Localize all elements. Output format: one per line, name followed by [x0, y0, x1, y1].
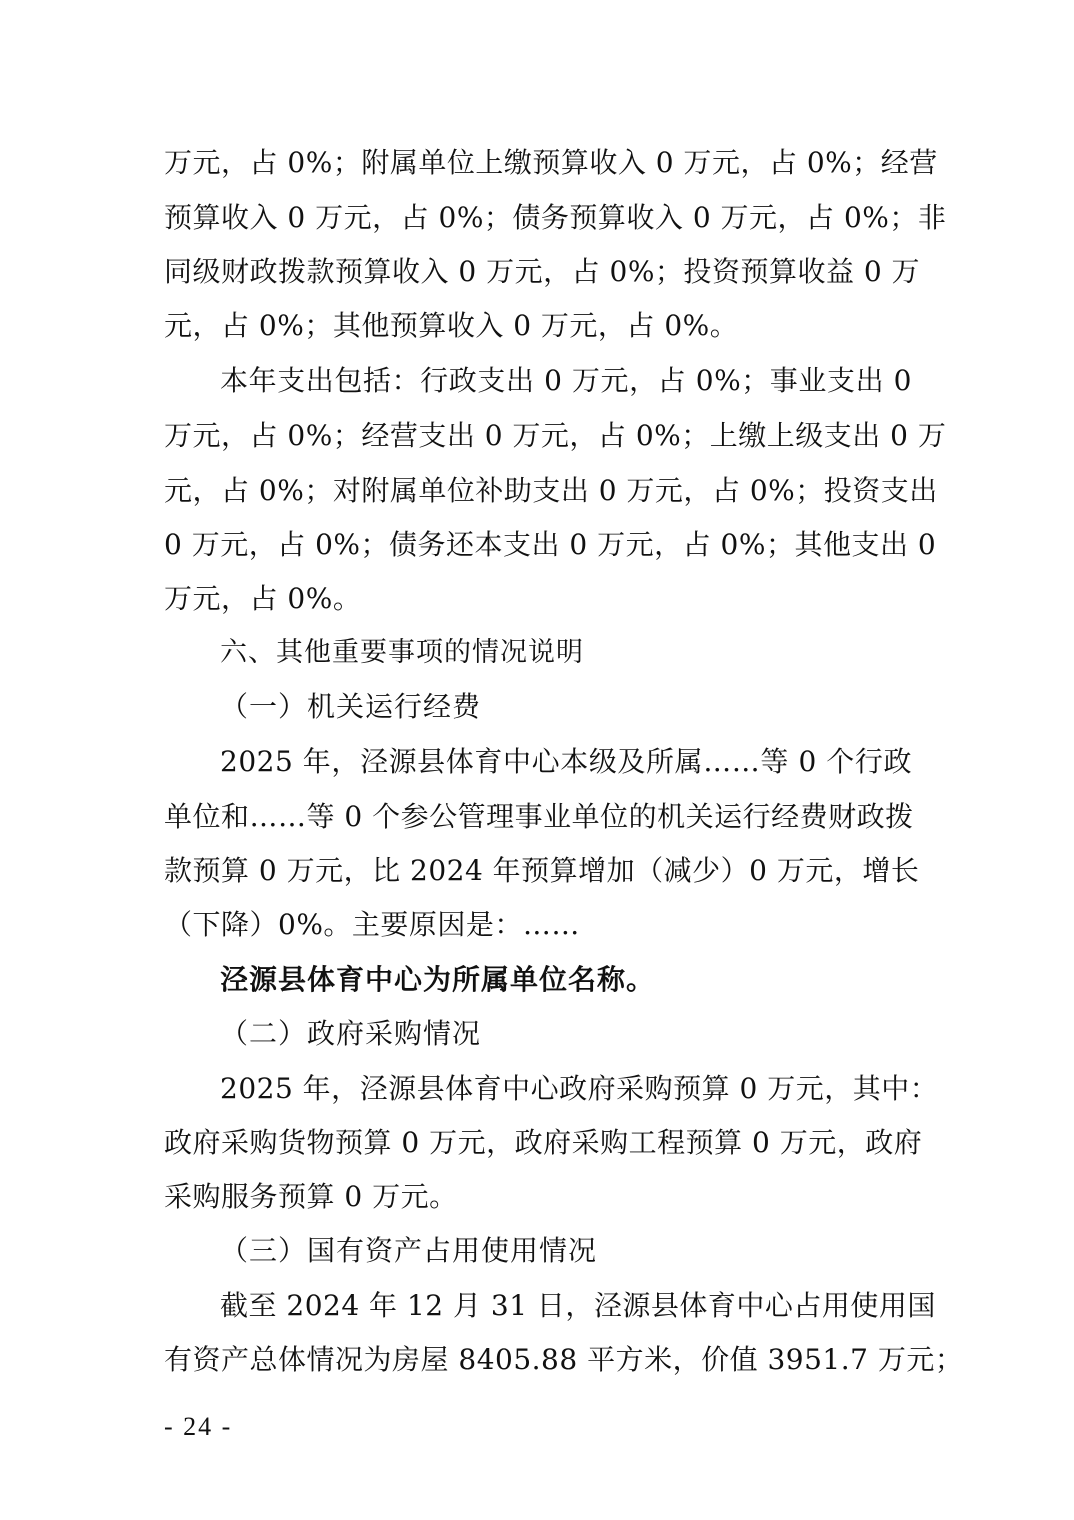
expenditure-line-1: 本年支出包括：行政支出 0 万元，占 0%；事业支出 0: [220, 361, 912, 401]
subsection-1-heading: （一）机关运行经费: [220, 687, 968, 727]
subsection-3-heading: （三）国有资产占用使用情况: [220, 1231, 968, 1271]
subsection-3-line-2: 有资产总体情况为房屋 8405.88 平方米，价值 3951.7 万元；: [164, 1340, 912, 1380]
subsection-1-line-3: 款预算 0 万元，比 2024 年预算增加（减少）0 万元，增长: [164, 851, 912, 891]
subsection-1-note: 泾源县体育中心为所属单位名称。: [220, 960, 912, 1000]
subsection-2-heading: （二）政府采购情况: [220, 1014, 968, 1054]
income-line-1: 万元，占 0%；附属单位上缴预算收入 0 万元，占 0%；经营: [164, 143, 912, 183]
subsection-2-line-2: 政府采购货物预算 0 万元，政府采购工程预算 0 万元，政府: [164, 1123, 912, 1163]
subsection-2-line-1: 2025 年，泾源县体育中心政府采购预算 0 万元，其中：: [220, 1069, 912, 1109]
expenditure-line-3: 元，占 0%；对附属单位补助支出 0 万元，占 0%；投资支出: [164, 471, 912, 511]
expenditure-line-5: 万元，占 0%。: [164, 579, 912, 619]
subsection-1-line-4: （下降）0%。主要原因是：……: [164, 905, 912, 945]
document-page: 万元，占 0%；附属单位上缴预算收入 0 万元，占 0%；经营 预算收入 0 万…: [0, 0, 1074, 1520]
income-line-4: 元，占 0%；其他预算收入 0 万元，占 0%。: [164, 306, 912, 346]
income-line-3: 同级财政拨款预算收入 0 万元，占 0%；投资预算收益 0 万: [164, 252, 912, 292]
expenditure-line-2: 万元，占 0%；经营支出 0 万元，占 0%；上缴上级支出 0 万: [164, 416, 912, 456]
page-number: - 24 -: [164, 1410, 232, 1444]
expenditure-line-4: 0 万元，占 0%；债务还本支出 0 万元，占 0%；其他支出 0: [164, 525, 912, 565]
section-six-heading: 六、其他重要事项的情况说明: [220, 633, 912, 673]
subsection-1-line-2: 单位和……等 0 个参公管理事业单位的机关运行经费财政拨: [164, 797, 912, 837]
subsection-2-line-3: 采购服务预算 0 万元。: [164, 1177, 912, 1217]
subsection-1-line-1: 2025 年，泾源县体育中心本级及所属……等 0 个行政: [220, 742, 912, 782]
subsection-3-line-1: 截至 2024 年 12 月 31 日，泾源县体育中心占用使用国: [220, 1286, 912, 1326]
income-line-2: 预算收入 0 万元，占 0%；债务预算收入 0 万元，占 0%；非: [164, 198, 912, 238]
